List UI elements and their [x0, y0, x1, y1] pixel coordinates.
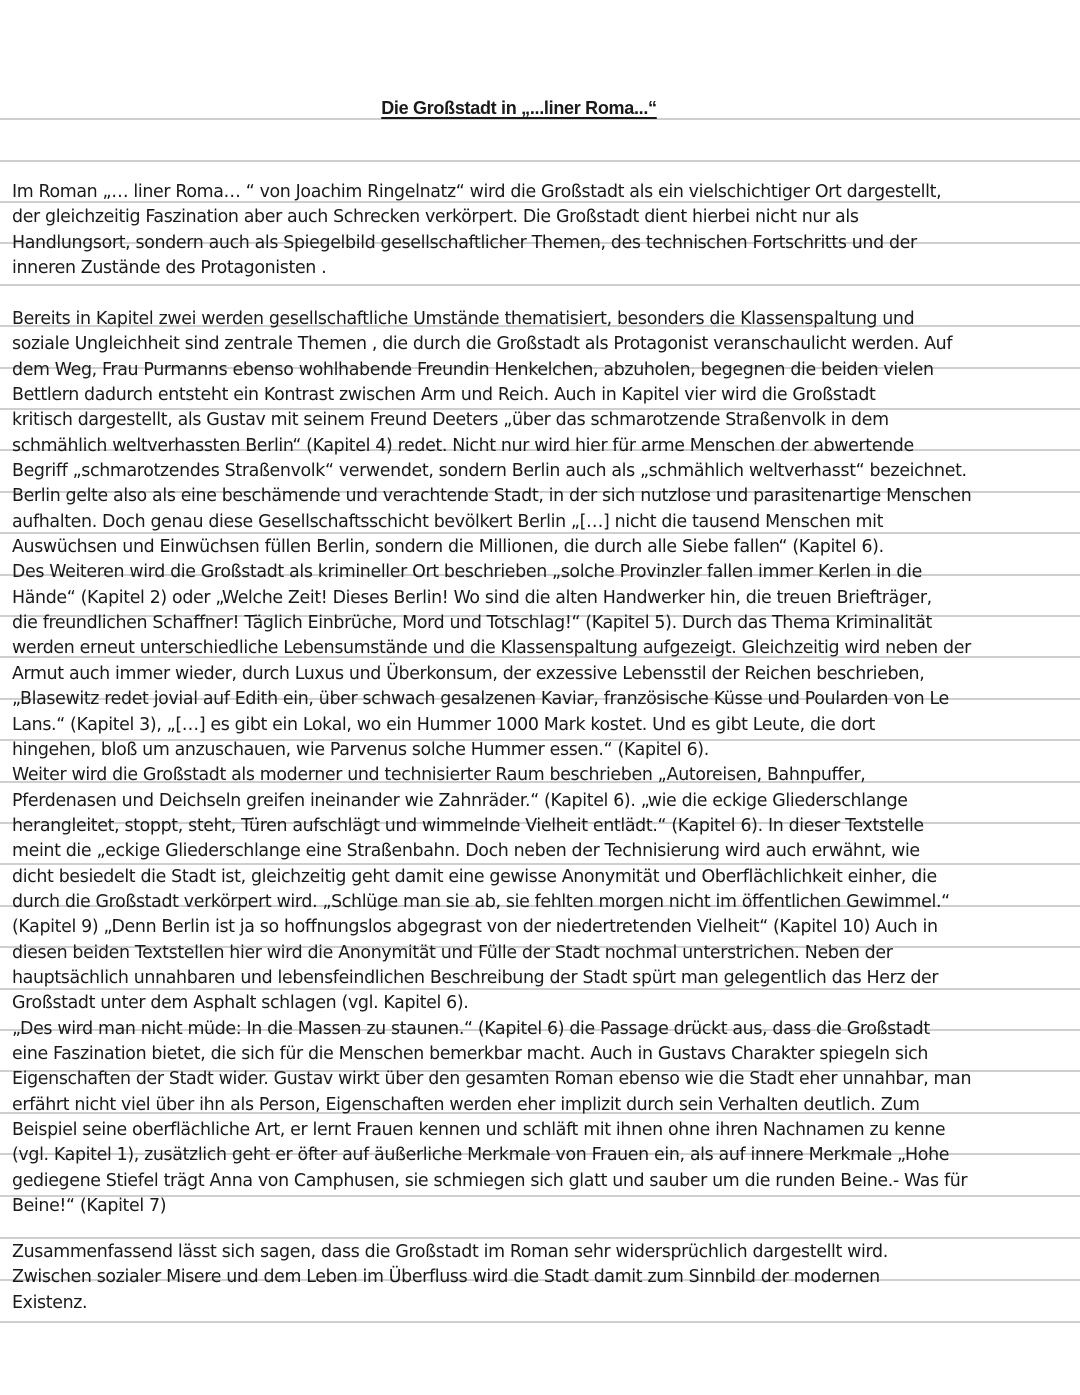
text-line: dicht besiedelt die Stadt ist, gleichzei… — [12, 865, 1072, 890]
text-line: werden erneut unterschiedliche Lebensums… — [12, 636, 1072, 661]
text-line: gediegene Stiefel trägt Anna von Camphus… — [12, 1169, 1072, 1194]
text-line: Hände“ (Kapitel 2) oder „Welche Zeit! Di… — [12, 586, 1072, 611]
text-line: durch die Großstadt verkörpert wird. „Sc… — [12, 890, 1072, 915]
rule-line — [0, 284, 1080, 286]
text-line: Beispiel seine oberflächliche Art, er le… — [12, 1118, 1072, 1143]
rule-line — [0, 160, 1080, 162]
text-line: Lans.“ (Kapitel 3), „[…] es gibt ein Lok… — [12, 713, 1072, 738]
text-line: hauptsächlich unnahbaren und lebensfeind… — [12, 966, 1072, 991]
text-line: Pferdenasen und Deichseln greifen ineina… — [12, 789, 1072, 814]
text-line: Armut auch immer wieder, durch Luxus und… — [12, 662, 1072, 687]
text-line: Auswüchsen und Einwüchsen füllen Berlin,… — [12, 535, 1072, 560]
text-line: Zwischen sozialer Misere und dem Leben i… — [12, 1265, 1072, 1290]
document-title: Die Großstadt in „...liner Roma...“ — [0, 98, 1038, 119]
text-line: Beine!“ (Kapitel 7) — [12, 1194, 1072, 1219]
text-line: die freundlichen Schaffner! Täglich Einb… — [12, 611, 1072, 636]
text-line: „Blasewitz redet jovial auf Edith ein, ü… — [12, 687, 1072, 712]
text-line: (Kapitel 9) „Denn Berlin ist ja so hoffn… — [12, 915, 1072, 940]
text-line: (vgl. Kapitel 1), zusätzlich geht er öft… — [12, 1143, 1072, 1168]
paragraph-body: Bereits in Kapitel zwei werden gesellsch… — [12, 307, 1072, 1219]
text-line: meint die „eckige Gliederschlange eine S… — [12, 839, 1072, 864]
text-line: soziale Ungleichheit sind zentrale Theme… — [12, 332, 1072, 357]
text-line: herangleitet, stoppt, steht, Türen aufsc… — [12, 814, 1072, 839]
text-line: Berlin gelte also als eine beschämende u… — [12, 484, 1072, 509]
text-line: Handlungsort, sondern auch als Spiegelbi… — [12, 231, 1072, 256]
text-line: Großstadt unter dem Asphalt schlagen (vg… — [12, 991, 1072, 1016]
rule-line — [0, 1321, 1080, 1323]
text-line: Eigenschaften der Stadt wider. Gustav wi… — [12, 1067, 1072, 1092]
text-line: hingehen, bloß um anzuschauen, wie Parve… — [12, 738, 1072, 763]
paragraph-introduction: Im Roman „… liner Roma… “ von Joachim Ri… — [12, 180, 1072, 281]
text-line: aufhalten. Doch genau diese Gesellschaft… — [12, 510, 1072, 535]
text-line: Weiter wird die Großstadt als moderner u… — [12, 763, 1072, 788]
text-line: erfährt nicht viel über ihn als Person, … — [12, 1093, 1072, 1118]
text-line: dem Weg, Frau Purmanns ebenso wohlhabend… — [12, 358, 1072, 383]
document-title-text: Die Großstadt in „...liner Roma...“ — [381, 98, 657, 118]
text-line: Zusammenfassend lässt sich sagen, dass d… — [12, 1240, 1072, 1265]
text-line: Begriff „schmarotzendes Straßenvolk“ ver… — [12, 459, 1072, 484]
text-line: „Des wird man nicht müde: In die Massen … — [12, 1017, 1072, 1042]
paragraph-conclusion: Zusammenfassend lässt sich sagen, dass d… — [12, 1240, 1072, 1316]
text-line: Bettlern dadurch entsteht ein Kontrast z… — [12, 383, 1072, 408]
text-line: eine Faszination bietet, die sich für di… — [12, 1042, 1072, 1067]
text-line: der gleichzeitig Faszination aber auch S… — [12, 205, 1072, 230]
rule-line — [0, 1237, 1080, 1239]
text-line: Des Weiteren wird die Großstadt als krim… — [12, 560, 1072, 585]
text-line: Bereits in Kapitel zwei werden gesellsch… — [12, 307, 1072, 332]
text-line: Existenz. — [12, 1291, 1072, 1316]
text-line: diesen beiden Textstellen hier wird die … — [12, 941, 1072, 966]
text-line: Im Roman „… liner Roma… “ von Joachim Ri… — [12, 180, 1072, 205]
text-line: inneren Zustände des Protagonisten . — [12, 256, 1072, 281]
text-line: schmählich weltverhassten Berlin“ (Kapit… — [12, 434, 1072, 459]
text-line: kritisch dargestellt, als Gustav mit sei… — [12, 408, 1072, 433]
